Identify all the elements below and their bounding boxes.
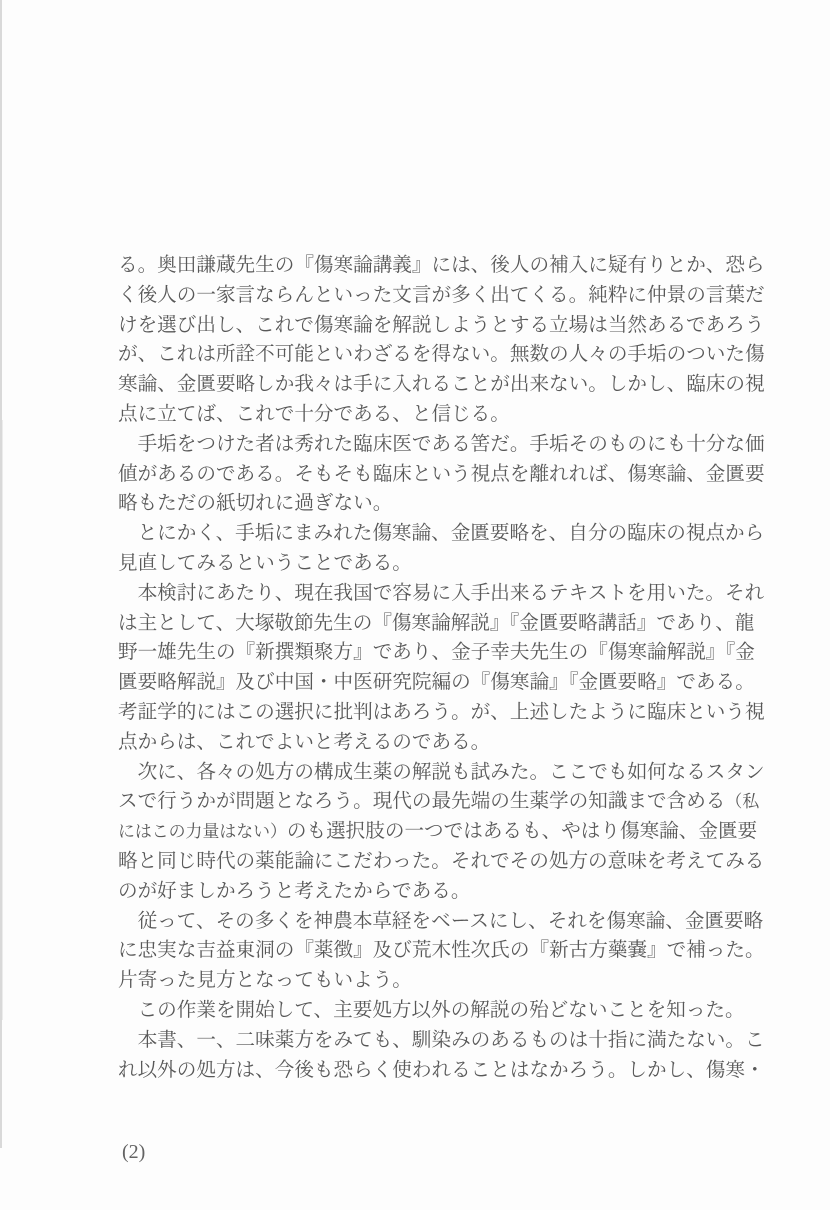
text-segment: は主として、大塚敬節先生の『傷寒論解説』『金匱要略講話』であり、龍 bbox=[118, 613, 754, 634]
text-segment-small: （私 bbox=[725, 792, 759, 811]
text-segment: 本書、一、二味薬方をみても、馴染みのあるものは十指に満たない。こ bbox=[138, 1030, 765, 1051]
text-line: 本書、一、二味薬方をみても、馴染みのあるものは十指に満たない。こ bbox=[118, 1026, 778, 1056]
text-segment: 点に立てば、これで十分である、と信じる。 bbox=[118, 404, 510, 425]
text-line: 片寄った見方となってもいよう。 bbox=[118, 966, 778, 996]
text-segment: 見直してみるということである。 bbox=[118, 553, 412, 574]
text-segment-small: にはこの力量はない） bbox=[118, 822, 287, 841]
text-line: スで行うかが問題となろう。現代の最先端の生薬学の知識まで含める（私 bbox=[118, 787, 778, 817]
text-line: 寒論、金匱要略しか我々は手に入れることが出来ない。しかし、臨床の視 bbox=[118, 370, 778, 400]
text-line: は主として、大塚敬節先生の『傷寒論解説』『金匱要略講話』であり、龍 bbox=[118, 609, 778, 639]
text-line: 手垢をつけた者は秀れた臨床医である筈だ。手垢そのものにも十分な価 bbox=[118, 430, 778, 460]
text-segment: とにかく、手垢にまみれた傷寒論、金匱要略を、自分の臨床の視点から bbox=[138, 523, 765, 544]
text-segment: 寒論、金匱要略しか我々は手に入れることが出来ない。しかし、臨床の視 bbox=[118, 374, 765, 395]
text-line: とにかく、手垢にまみれた傷寒論、金匱要略を、自分の臨床の視点から bbox=[118, 519, 778, 549]
text-line: 匱要略解説』及び中国・中医研究院編の『傷寒論』『金匱要略』である。 bbox=[118, 668, 778, 698]
text-line: 値があるのである。そもそも臨床という視点を離れれば、傷寒論、金匱要 bbox=[118, 460, 778, 490]
text-segment: のが好ましかろうと考えたからである。 bbox=[118, 881, 471, 902]
text-segment: る。奥田謙蔵先生の『傷寒論講義』には、後人の補入に疑有りとか、恐ら bbox=[118, 255, 765, 276]
text-line: 点に立てば、これで十分である、と信じる。 bbox=[118, 400, 778, 430]
text-line: 見直してみるということである。 bbox=[118, 549, 778, 579]
text-segment: のも選択肢の一つではあるも、やはり傷寒論、金匱要 bbox=[287, 821, 757, 842]
text-line: に忠実な吉益東洞の『薬徴』及び荒木性次氏の『新古方藥嚢』で補った。 bbox=[118, 936, 778, 966]
text-line: 従って、その多くを神農本草経をベースにし、それを傷寒論、金匱要略 bbox=[118, 907, 778, 937]
text-line: けを選び出し、これで傷寒論を解説しようとする立場は当然あるであろう bbox=[118, 311, 778, 341]
text-segment: 本検討にあたり、現在我国で容易に入手出来るテキストを用いた。それ bbox=[138, 583, 765, 604]
text-segment: 野一雄先生の『新撰類聚方』であり、金子幸夫先生の『傷寒論解説』『金 bbox=[118, 642, 755, 663]
text-segment: 手垢をつけた者は秀れた臨床医である筈だ。手垢そのものにも十分な価 bbox=[138, 434, 765, 455]
page-number: (2) bbox=[122, 1140, 145, 1164]
text-line: 点からは、これでよいと考えるのである。 bbox=[118, 728, 778, 758]
text-segment: に忠実な吉益東洞の『薬徴』及び荒木性次氏の『新古方藥嚢』で補った。 bbox=[118, 940, 765, 961]
text-line: にはこの力量はない）のも選択肢の一つではあるも、やはり傷寒論、金匱要 bbox=[118, 817, 778, 847]
text-line: 略と同じ時代の薬能論にこだわった。それでその処方の意味を考えてみる bbox=[118, 847, 778, 877]
text-segment: 点からは、これでよいと考えるのである。 bbox=[118, 732, 490, 753]
text-line: 次に、各々の処方の構成生薬の解説も試みた。ここでも如何なるスタン bbox=[118, 758, 778, 788]
text-line: る。奥田謙蔵先生の『傷寒論講義』には、後人の補入に疑有りとか、恐ら bbox=[118, 251, 778, 281]
text-line: が、これは所詮不可能といわざるを得ない。無数の人々の手垢のついた傷 bbox=[118, 340, 778, 370]
text-segment: 匱要略解説』及び中国・中医研究院編の『傷寒論』『金匱要略』である。 bbox=[118, 672, 755, 693]
text-segment: スで行うかが問題となろう。現代の最先端の生薬学の知識まで含める bbox=[118, 791, 725, 812]
text-segment: 略と同じ時代の薬能論にこだわった。それでその処方の意味を考えてみる bbox=[118, 851, 764, 872]
text-segment: 片寄った見方となってもいよう。 bbox=[118, 970, 412, 991]
body-text: る。奥田謙蔵先生の『傷寒論講義』には、後人の補入に疑有りとか、恐らく後人の一家言… bbox=[118, 251, 778, 1085]
scan-edge-artifact-soft bbox=[2, 420, 3, 1020]
text-line: れ以外の処方は、今後も恐らく使われることはなかろう。しかし、傷寒・ bbox=[118, 1056, 778, 1086]
text-segment: けを選び出し、これで傷寒論を解説しようとする立場は当然あるであろう bbox=[118, 315, 764, 336]
text-segment: 値があるのである。そもそも臨床という視点を離れれば、傷寒論、金匱要 bbox=[118, 464, 765, 485]
text-segment: が、これは所詮不可能といわざるを得ない。無数の人々の手垢のついた傷 bbox=[118, 344, 765, 365]
text-segment: この作業を開始して、主要処方以外の解説の殆どないことを知った。 bbox=[138, 1000, 745, 1021]
text-segment: 考証学的にはこの選択に批判はあろう。が、上述したように臨床という視 bbox=[118, 702, 765, 723]
text-line: 本検討にあたり、現在我国で容易に入手出来るテキストを用いた。それ bbox=[118, 579, 778, 609]
text-line: 野一雄先生の『新撰類聚方』であり、金子幸夫先生の『傷寒論解説』『金 bbox=[118, 638, 778, 668]
text-segment: 従って、その多くを神農本草経をベースにし、それを傷寒論、金匱要略 bbox=[138, 911, 764, 932]
text-line: のが好ましかろうと考えたからである。 bbox=[118, 877, 778, 907]
text-segment: れ以外の処方は、今後も恐らく使われることはなかろう。しかし、傷寒・ bbox=[118, 1060, 765, 1081]
text-segment: 次に、各々の処方の構成生薬の解説も試みた。ここでも如何なるスタン bbox=[138, 762, 765, 783]
text-segment: く後人の一家言ならんといった文言が多く出てくる。純粋に仲景の言葉だ bbox=[118, 285, 765, 306]
text-line: この作業を開始して、主要処方以外の解説の殆どないことを知った。 bbox=[118, 996, 778, 1026]
text-line: 略もただの紙切れに過ぎない。 bbox=[118, 489, 778, 519]
scanned-book-page: る。奥田謙蔵先生の『傷寒論講義』には、後人の補入に疑有りとか、恐らく後人の一家言… bbox=[0, 0, 830, 1210]
text-line: く後人の一家言ならんといった文言が多く出てくる。純粋に仲景の言葉だ bbox=[118, 281, 778, 311]
text-segment: 略もただの紙切れに過ぎない。 bbox=[118, 493, 392, 514]
text-line: 考証学的にはこの選択に批判はあろう。が、上述したように臨床という視 bbox=[118, 698, 778, 728]
